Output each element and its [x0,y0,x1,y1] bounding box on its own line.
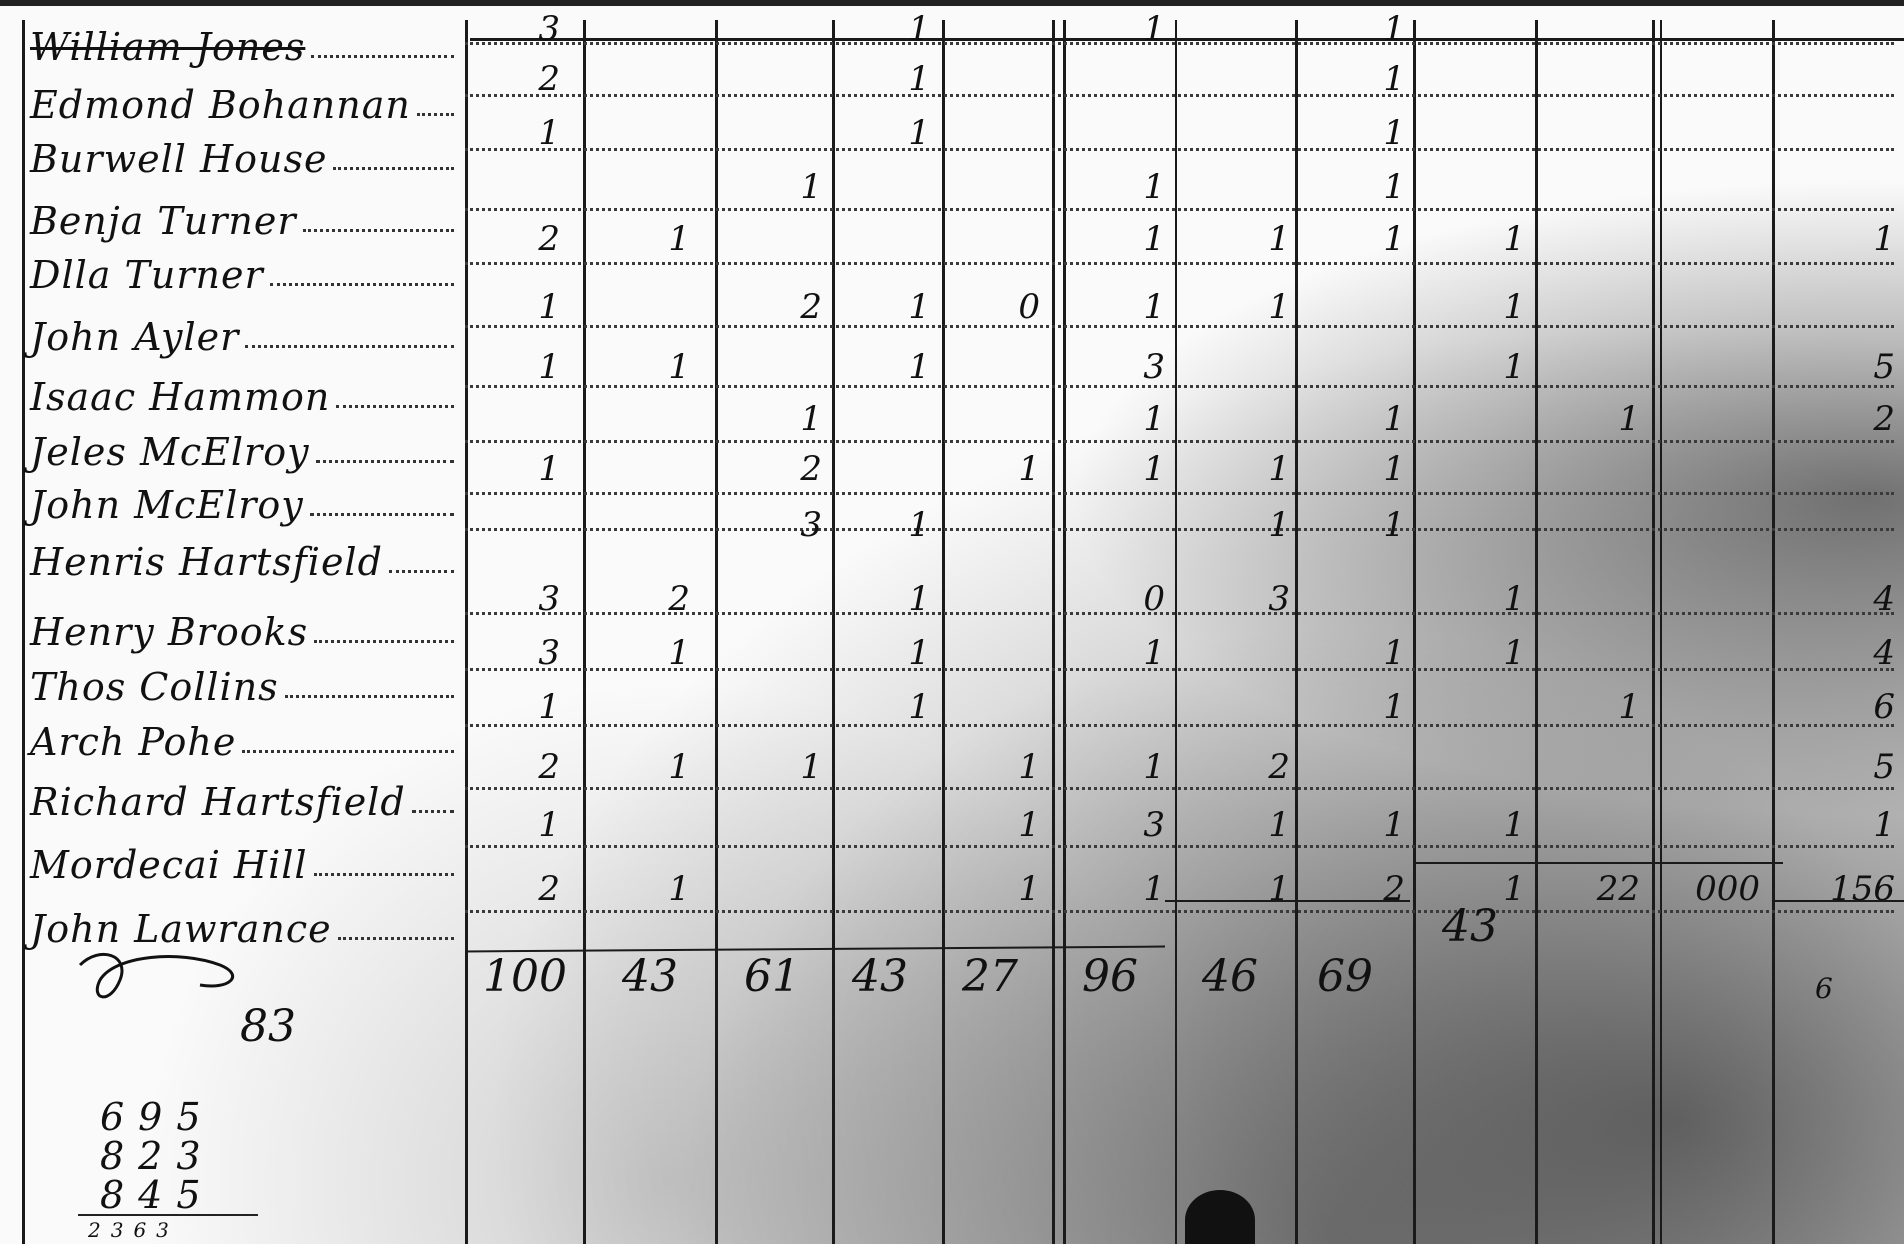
tally-cell: 6 [1835,690,1895,724]
totals-rule [1772,900,1904,902]
column-rule [1652,20,1655,1244]
column-total: 27 [935,955,1045,999]
tally-cell: 1 [1580,690,1640,724]
tally-cell: 1 [980,872,1040,906]
tally-cell: 1 [1835,222,1895,256]
tally-cell: 1 [630,222,690,256]
tally-cell: 1 [1345,508,1405,542]
tally-cell: 2 [762,452,822,486]
tally-cell: 3 [762,508,822,542]
tally-cell: 1 [762,170,822,204]
tally-cell: 2 [500,62,560,96]
tally-cell: 1 [1105,222,1165,256]
name-row: John McElroy [30,468,460,524]
tally-cell: 1 [1345,170,1405,204]
column-total: 43 [1415,905,1525,949]
name-row: Jeles McElroy [30,415,460,471]
tally-cell: 1 [1105,872,1165,906]
resident-name: William Jones [30,28,305,66]
tally-cell: 1 [1105,750,1165,784]
left-margin-rule [22,20,25,1244]
tally-cell: 1 [1230,452,1290,486]
tally-cell: 3 [500,636,560,670]
ledger-sheet: William Jones Edmond Bohannan Burwell Ho… [0,0,1904,1244]
tally-cell: 1 [1465,222,1525,256]
resident-name: Thos Collins [30,668,279,706]
tally-cell: 1 [630,750,690,784]
resident-name: Isaac Hammon [30,378,330,416]
resident-name: John Ayler [30,318,239,356]
tally-cell: 2 [500,872,560,906]
tally-cell: 000 [1650,872,1760,906]
right-footnote: 6 [1815,975,1833,1003]
name-row: Richard Hartsfield [30,765,460,821]
tally-cell: 1 [870,290,930,324]
tally-cell: 1 [500,290,560,324]
column-rule [1772,20,1775,1244]
tally-cell: 1 [1105,12,1165,46]
tally-cell: 3 [1105,350,1165,384]
column-total: 61 [717,955,827,999]
name-row: Edmond Bohannan [30,68,460,124]
column-rule [1175,20,1177,1244]
resident-name: John McElroy [30,486,304,524]
tally-cell: 1 [1105,290,1165,324]
column-rule [465,20,468,1244]
tally-cell: 1 [1345,402,1405,436]
column-rule [1295,20,1298,1244]
name-row: Henry Brooks [30,595,460,651]
tally-cell: 3 [1230,582,1290,616]
tally-cell: 1 [500,452,560,486]
totals-rule [1413,862,1783,864]
tally-cell: 1 [1105,402,1165,436]
tally-cell: 1 [630,872,690,906]
tally-cell: 1 [1105,452,1165,486]
tally-cell: 2 [630,582,690,616]
tally-cell: 1 [500,350,560,384]
tally-cell: 1 [762,402,822,436]
tally-cell: 3 [1105,808,1165,842]
name-row: Isaac Hammon [30,360,460,416]
name-row: Arch Pohe [30,705,460,761]
tally-cell: 1 [630,636,690,670]
column-total: 43 [825,955,935,999]
tally-cell: 2 [1835,402,1895,436]
column-total: 69 [1290,955,1400,999]
name-row: Thos Collins [30,650,460,706]
totals-rule [1165,900,1410,902]
tally-cell: 5 [1835,750,1895,784]
tally-cell: 1 [1345,808,1405,842]
resident-name: Mordecai Hill [30,846,308,884]
tally-cell: 22 [1530,872,1640,906]
column-total: 43 [595,955,705,999]
side-sum-line: 845 [100,1176,215,1214]
tally-cell: 3 [500,582,560,616]
tally-cell: 1 [870,508,930,542]
tally-cell: 2 [762,290,822,324]
tally-cell: 1 [1465,350,1525,384]
resident-name: Arch Pohe [30,723,236,761]
tally-cell: 1 [1345,636,1405,670]
column-total: 96 [1055,955,1165,999]
tally-cell: 1 [1580,402,1640,436]
tally-cell: 1 [1230,290,1290,324]
resident-name: John Lawrance [30,910,332,948]
name-row: Mordecai Hill [30,828,460,884]
tally-cell: 1 [870,582,930,616]
resident-name: Jeles McElroy [30,433,310,471]
tally-cell: 2 [1230,750,1290,784]
resident-name: Dlla Turner [30,256,264,294]
column-rule [1535,20,1538,1244]
tally-cell: 4 [1835,582,1895,616]
tally-cell: 1 [630,350,690,384]
sum-rule [78,1214,258,1216]
column-rule [1052,20,1055,1244]
tally-cell: 2 [500,222,560,256]
tally-cell: 5 [1835,350,1895,384]
tally-cell: 1 [1105,170,1165,204]
tally-cell: 1 [1230,508,1290,542]
side-sum-line: 823 [100,1137,215,1175]
tally-cell: 1 [1345,12,1405,46]
resident-name: Burwell House [30,140,327,178]
column-rule [832,20,835,1244]
name-row: Dlla Turner [30,238,460,294]
tally-cell: 1 [1465,636,1525,670]
tally-cell: 1 [1345,690,1405,724]
side-sum-line: 695 [100,1098,215,1136]
side-sum-result: 2363 [88,1220,179,1240]
tally-cell: 2 [500,750,560,784]
margin-number: 83 [240,1005,296,1049]
column-rule [1413,20,1416,1244]
tally-cell: 1 [870,350,930,384]
tally-cell: 1 [1230,222,1290,256]
column-rule [715,20,718,1244]
tally-cell: 1 [870,12,930,46]
tally-cell: 1 [980,750,1040,784]
resident-name: Henris Hartsfield [30,543,383,581]
column-rule [583,20,586,1244]
column-rule [1660,20,1662,1244]
tally-cell: 1 [500,808,560,842]
resident-name: Edmond Bohannan [30,86,411,124]
tally-cell: 1 [980,452,1040,486]
tally-cell: 1 [1230,808,1290,842]
column-total: 100 [470,955,580,999]
tally-cell: 1 [1465,290,1525,324]
tally-cell: 0 [1105,582,1165,616]
tally-cell: 0 [980,290,1040,324]
tally-cell: 1 [1105,636,1165,670]
column-rule [942,20,945,1244]
tally-cell: 1 [870,636,930,670]
tally-cell: 1 [870,62,930,96]
totals-rule [465,946,1165,953]
name-row: Burwell House [30,122,460,178]
tally-cell: 1 [1465,808,1525,842]
tally-cell: 1 [870,690,930,724]
tally-cell: 1 [1465,582,1525,616]
tally-cell: 1 [1345,452,1405,486]
tally-cell: 1 [500,690,560,724]
tally-cell: 1 [500,116,560,150]
tally-cell: 3 [500,12,560,46]
tally-cell: 1 [1345,62,1405,96]
tally-cell: 4 [1835,636,1895,670]
name-row: Benja Turner [30,184,460,240]
tally-cell: 1 [980,808,1040,842]
header-rule [470,38,1904,41]
column-rule [1063,20,1066,1244]
tally-cell: 1 [870,116,930,150]
resident-name: Henry Brooks [30,613,308,651]
ink-blot [1185,1190,1255,1244]
top-edge-rule [0,0,1904,6]
name-row: William Jones [30,10,460,66]
tally-cell: 1 [1345,222,1405,256]
name-row: John Lawrance [30,892,460,948]
name-row: Henris Hartsfield [30,525,460,581]
column-total: 46 [1175,955,1285,999]
tally-cell: 1 [1835,808,1895,842]
tally-cell: 1 [1345,116,1405,150]
resident-name: Richard Hartsfield [30,783,406,821]
signature-flourish-icon [70,945,250,1015]
tally-cell: 1 [762,750,822,784]
resident-name: Benja Turner [30,202,297,240]
name-row: John Ayler [30,300,460,356]
